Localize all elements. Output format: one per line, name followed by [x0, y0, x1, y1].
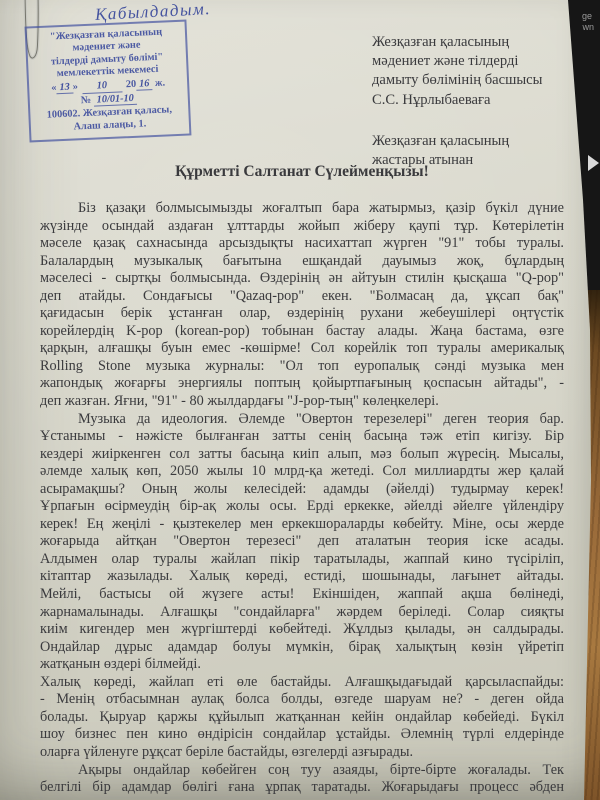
recipient-line: Жезқазған қаласының: [372, 33, 542, 52]
body-line: Алдымен олар туралы жайлап пікір таратыл…: [40, 551, 564, 569]
stamp-year-written: 16: [136, 78, 153, 91]
play-icon: [588, 155, 599, 171]
body-line: жүзінде осындай аздаған ұлттарды жойып ж…: [40, 218, 564, 236]
body-line: Біз қазақи болмысымызды жоғалтып бара жа…: [40, 200, 564, 218]
recipient-line: Жезқазған қаласының: [372, 132, 542, 151]
body-line: керек! Ең жеңілі - қызтекелер мен еркекш…: [40, 516, 564, 534]
letter-title: Құрметті Салтанат Сүлейменқызы!: [40, 163, 564, 181]
body-line: мәселе қазақ сахнасында арсыздықты насих…: [40, 235, 564, 253]
body-line: белгілі бір адамдар бөлігі ғана ұрпақ та…: [40, 779, 564, 797]
official-stamp: "Жезқазған қаласының мәдениет және тілде…: [25, 20, 192, 143]
body-line: Мейлі, бастысы ой жүзеге асты! Екіншіден…: [40, 586, 564, 604]
stamp-date-day: 13: [56, 81, 73, 94]
body-line: корейлердің K-pop (korean-pop) тобынан б…: [40, 323, 564, 341]
body-line: - Менің отбасымнан аулақ болса болды, өз…: [40, 691, 564, 709]
recipient-line: дамыту бөлімінің басшысы: [372, 71, 542, 90]
body-line: оларға үйленуге рұқсат беріле бастайды, …: [40, 744, 564, 762]
body-line: Ондайлар дұрыс адамдар болуы мүмкін, бір…: [40, 639, 564, 657]
screen-text-fragment: wn: [582, 23, 594, 32]
screen-text-fragment: ge: [582, 12, 592, 21]
body-line: Музыка да идеология. Әлемде "Овертон тер…: [40, 411, 564, 429]
body-line: Ұстанымы - нәжісте былғанған затты сенің…: [40, 428, 564, 446]
stamp-year-suffix: ж.: [155, 77, 166, 88]
body-line: жоғарыда айтқан "Овертон терезесі" деп а…: [40, 533, 564, 551]
body-line: Ұрпағын өсірмеудің бір-ақ жолы осы. Ерді…: [40, 498, 564, 516]
recipient-line: С.С. Нұрлыбаеваға: [372, 91, 542, 110]
body-line: кітаптар жазылады. Халық көреді, естиді,…: [40, 568, 564, 586]
stamp-year-printed: 20: [126, 78, 137, 89]
recipient-line: мәдениет және тілдерді: [372, 52, 542, 71]
body-line: жапондық жоғарғы энергиялы поптың қойырт…: [40, 375, 564, 393]
body-line: кездері жиіркенген сол затты басыңа киіп…: [40, 446, 564, 464]
body-line: жарнамалынады. Алғашқы "сондайларға" жәр…: [40, 604, 564, 622]
body-line: қарқын, алғашқы буын емес -көшірме! Сол …: [40, 340, 564, 358]
photo-background: ge wn Қабылдадым. "Жезқазған қаласының м…: [0, 0, 600, 800]
stamp-number-value: 10/01-10: [93, 93, 137, 107]
letter-body: Біз қазақи болмысымызды жоғалтып бара жа…: [40, 200, 564, 797]
body-line: болады. Қыруар қаржы құйылып жатқаннан к…: [40, 709, 564, 727]
body-line: Халық көреді, жайлап еті өле бастайды. А…: [40, 674, 564, 692]
body-line: деп жазған. Яғни, "91" - 80 жылдардағы "…: [40, 393, 564, 411]
body-line: жатқанын өздері білмейді.: [40, 656, 564, 674]
body-line: әлемде халық көп, 2050 жылы 10 млрд-қа ж…: [40, 463, 564, 481]
body-line: киім кигендер мен жүргіштерді көбейтеді.…: [40, 621, 564, 639]
recipient-line: [372, 110, 542, 132]
body-line: Ақыры ондайлар көбейген соң туу азаяды, …: [40, 762, 564, 780]
body-line: қағидасын берік ұстанған олар, өздерінің…: [40, 305, 564, 323]
paper-sheet: Қабылдадым. "Жезқазған қаласының мәдение…: [0, 0, 600, 800]
body-line: асырамақшы? Оның жолы келесідей: адамды …: [40, 481, 564, 499]
stamp-date-month: 10: [82, 79, 123, 94]
stamp-date-close-quote: »: [72, 81, 78, 92]
body-line: деп атайды. Сондағысы "Qazaq-pop" екен. …: [40, 288, 564, 306]
body-line: Rolling Stone музыка журналы: "Ол топ еу…: [40, 358, 564, 376]
body-line: Балалардың музыкалық бағытына ешқандай д…: [40, 253, 564, 271]
recipient-block: Жезқазған қаласыныңмәдениет және тілдерд…: [372, 33, 542, 170]
body-line: шоу бизнес пен кино өндірісін сондайлар …: [40, 726, 564, 744]
body-line: мәселесі - сыртқы болмысында. Өздерінің …: [40, 270, 564, 288]
stamp-number-label: №: [81, 95, 92, 106]
